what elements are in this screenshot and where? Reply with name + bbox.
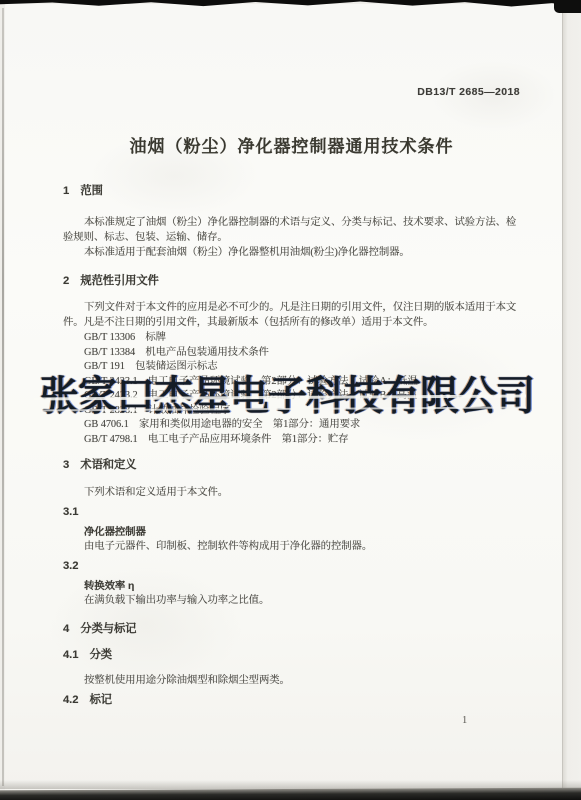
normative-references-list: GB/T 13306 标牌 GB/T 13384 机电产品包装通用技术条件 GB… [63,331,520,447]
scope-paragraph-2: 本标准适用于配套油烟（粉尘）净化器整机用油烟(粉尘)净化器控制器。 [63,245,520,260]
std-ref-line: GB/T 2423.2 电工电子产品环境试验 第2部分：试验方法 试验B：高温 [63,389,520,404]
term-3-1-number: 3.1 [63,505,520,520]
std-ref-line: GB/T 2423.1 电工电子产品环境试验 第2部分：试验方法 试验A：低温 [63,375,520,390]
std-ref-line: GB/T 4798.1 电工电子产品应用环境条件 第1部分：贮存 [63,433,520,448]
references-intro-line-1: 下列文件对于本文件的应用是必不可少的。凡是注日期的引用文件，仅注日期的版本适用于… [63,300,520,315]
page-number: 1 [462,715,467,726]
document-body: DB13/T 2685—2018 油烟（粉尘）净化器控制器通用技术条件 1 范围… [63,0,520,708]
scan-top-right-corner [554,0,581,13]
scan-bottom-edge [0,788,581,800]
section-4-heading: 4 分类与标记 [63,622,520,637]
section-4-1-heading: 4.1 分类 [63,648,520,663]
section-4-2-heading: 4.2 标记 [63,693,520,708]
std-ref-line: GB/T 13306 标牌 [63,331,520,346]
terms-intro: 下列术语和定义适用于本文件。 [63,485,520,500]
section-2-heading: 2 规范性引用文件 [63,274,520,289]
term-3-1-name: 净化器控制器 [63,526,520,540]
standard-number: DB13/T 2685—2018 [63,0,520,99]
scope-paragraph-line-1: 本标准规定了油烟（粉尘）净化器控制器的术语与定义、分类与标记、技术要求、试验方法… [63,215,520,230]
adjacent-page-edge [562,0,581,800]
scope-paragraph-line-2: 验规则、标志、包装、运输、储存。 [63,230,520,245]
classification-body: 按整机使用用途分除油烟型和除烟尘型两类。 [63,673,520,688]
section-1-heading: 1 范围 [63,184,520,199]
references-intro-line-2: 件。凡是不注日期的引用文件，其最新版本（包括所有的修改单）适用于本文件。 [63,315,520,330]
term-3-2-number: 3.2 [63,559,520,574]
scanned-page-photo: DB13/T 2685—2018 油烟（粉尘）净化器控制器通用技术条件 1 范围… [0,0,581,800]
section-3-heading: 3 术语和定义 [63,458,520,473]
document-title: 油烟（粉尘）净化器控制器通用技术条件 [63,136,520,157]
term-3-2-definition: 在满负载下输出功率与输入功率之比值。 [63,594,520,608]
paper-left-edge [2,8,4,786]
std-ref-line: GB/T 2828.1 计数抽样检验程序 [63,404,520,419]
std-ref-line: GB 4706.1 家用和类似用途电器的安全 第1部分：通用要求 [63,418,520,433]
term-3-2-name: 转换效率 η [63,580,520,594]
std-ref-line: GB/T 191 包装储运图示标志 [63,360,520,375]
std-ref-line: GB/T 13384 机电产品包装通用技术条件 [63,346,520,361]
term-3-1-definition: 由电子元器件、印制板、控制软件等构成用于净化器的控制器。 [63,540,520,554]
